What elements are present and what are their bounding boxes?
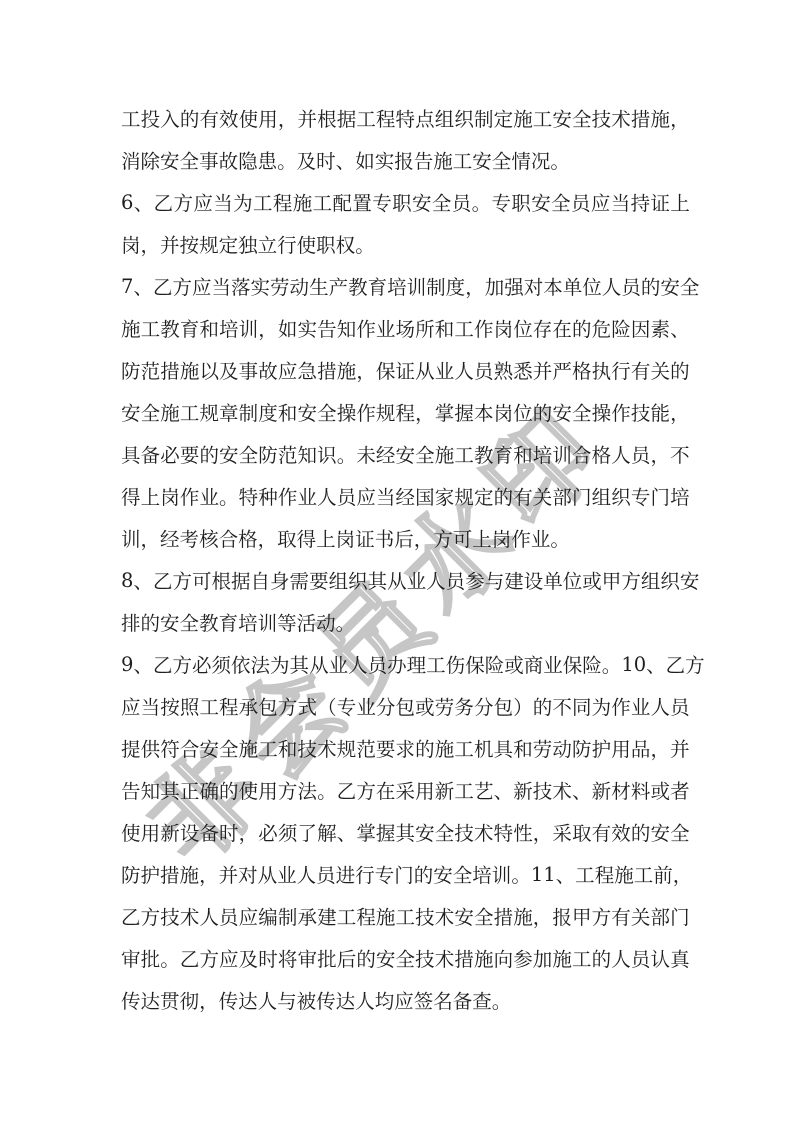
text-line: 岗，并按规定独立行使职权。 xyxy=(121,223,690,265)
text-line: 审批。乙方应及时将审批后的安全技术措施向参加施工的人员认真 xyxy=(121,937,690,979)
text-line: 防范措施以及事故应急措施，保证从业人员熟悉并严格执行有关的 xyxy=(121,349,690,391)
text-line: 施工教育和培训，如实告知作业场所和工作岗位存在的危险因素、 xyxy=(121,307,690,349)
text-line: 训，经考核合格，取得上岗证书后，方可上岗作业。 xyxy=(121,517,690,559)
text-line: 使用新设备时，必须了解、掌握其安全技术特性，采取有效的安全 xyxy=(121,811,690,853)
text-line: 告知其正确的使用方法。乙方在采用新工艺、新技术、新材料或者 xyxy=(121,769,690,811)
text-line: 9、乙方必须依法为其从业人员办理工伤保险或商业保险。10、乙方 xyxy=(121,643,690,685)
text-line: 防护措施，并对从业人员进行专门的安全培训。11、工程施工前， xyxy=(121,853,690,895)
text-line: 提供符合安全施工和技术规范要求的施工机具和劳动防护用品，并 xyxy=(121,727,690,769)
text-line: 8、乙方可根据自身需要组织其从业人员参与建设单位或甲方组织安 xyxy=(121,559,690,601)
text-line: 得上岗作业。特种作业人员应当经国家规定的有关部门组织专门培 xyxy=(121,475,690,517)
text-line: 6、乙方应当为工程施工配置专职安全员。专职安全员应当持证上 xyxy=(121,181,690,223)
text-line: 工投入的有效使用，并根据工程特点组织制定施工安全技术措施， xyxy=(121,97,690,139)
text-line: 应当按照工程承包方式（专业分包或劳务分包）的不同为作业人员 xyxy=(121,685,690,727)
document-lines: 工投入的有效使用，并根据工程特点组织制定施工安全技术措施，消除安全事故隐患。及时… xyxy=(121,97,690,1021)
text-line: 具备必要的安全防范知识。未经安全施工教育和培训合格人员，不 xyxy=(121,433,690,475)
document-body: 工投入的有效使用，并根据工程特点组织制定施工安全技术措施，消除安全事故隐患。及时… xyxy=(121,97,690,1021)
text-line: 传达贯彻，传达人与被传达人均应签名备查。 xyxy=(121,979,690,1021)
text-line: 安全施工规章制度和安全操作规程，掌握本岗位的安全操作技能， xyxy=(121,391,690,433)
text-line: 消除安全事故隐患。及时、如实报告施工安全情况。 xyxy=(121,139,690,181)
text-line: 乙方技术人员应编制承建工程施工技术安全措施，报甲方有关部门 xyxy=(121,895,690,937)
document-page: 非会员水印 工投入的有效使用，并根据工程特点组织制定施工安全技术措施，消除安全事… xyxy=(0,0,800,1131)
text-line: 排的安全教育培训等活动。 xyxy=(121,601,690,643)
text-line: 7、乙方应当落实劳动生产教育培训制度，加强对本单位人员的安全 xyxy=(121,265,690,307)
